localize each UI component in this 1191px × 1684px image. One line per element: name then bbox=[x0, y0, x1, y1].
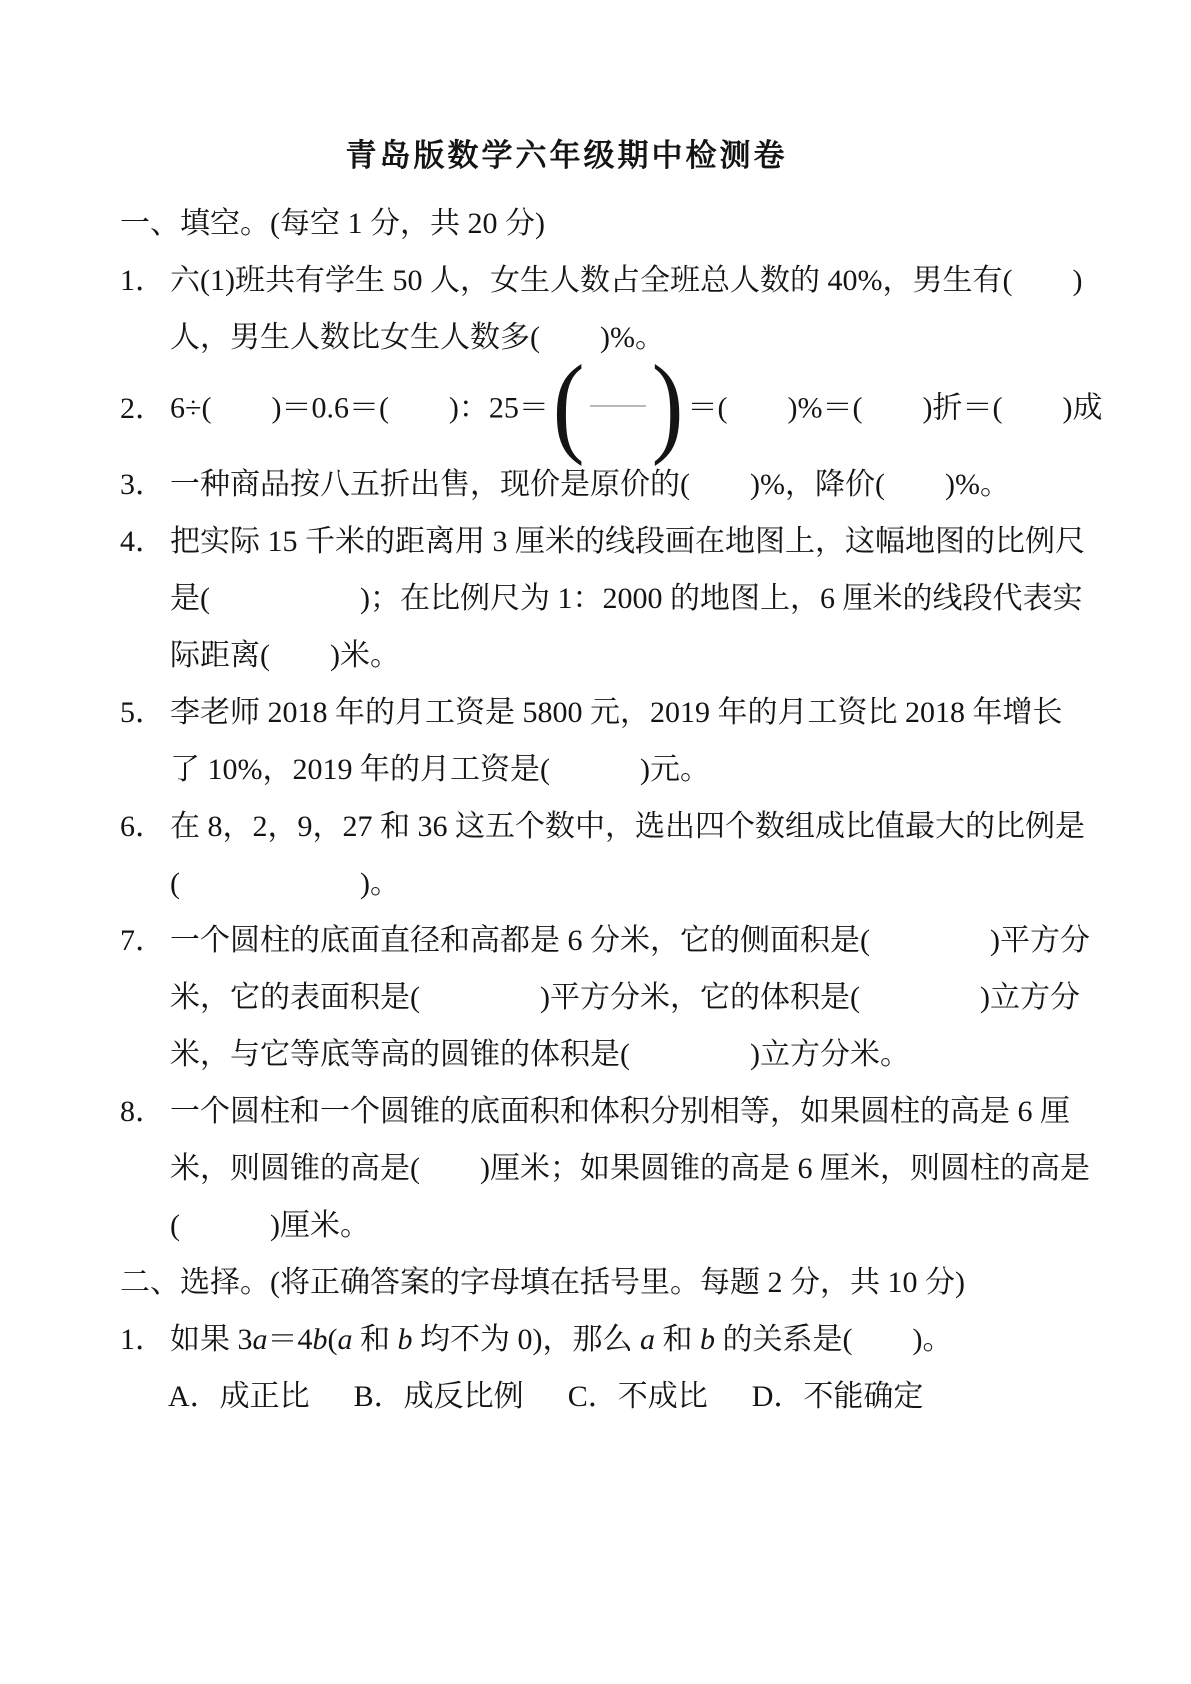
option-c: C．不成比 bbox=[568, 1368, 708, 1425]
option-b: B．成反比例 bbox=[354, 1368, 524, 1425]
fill-q6-line1: 6．在 8，2，9，27 和 36 这五个数中，选出四个数组成比值最大的比例是 bbox=[120, 798, 1073, 855]
fill-q4-line2: 是( )；在比例尺为 1：2000 的地图上，6 厘米的线段代表实 bbox=[120, 570, 1073, 627]
fill-q4-number: 4． bbox=[120, 513, 170, 570]
fill-q7-number: 7． bbox=[120, 912, 170, 969]
empty-fraction-blank: () bbox=[550, 361, 687, 451]
choice-q1-seg0: 如果 3 bbox=[170, 1323, 253, 1356]
fill-q2-text-after: ＝( )%＝( )折＝( )成 bbox=[688, 392, 1103, 425]
fill-q4-text2: 是( )；在比例尺为 1：2000 的地图上，6 厘米的线段代表实 bbox=[170, 582, 1082, 615]
fill-q5-line1: 5．李老师 2018 年的月工资是 5800 元，2019 年的月工资比 201… bbox=[120, 684, 1073, 741]
fill-q8-text3: ( )厘米。 bbox=[170, 1209, 370, 1242]
fill-q1-text1: 六(1)班共有学生 50 人，女生人数占全班总人数的 40%，男生有( ) bbox=[170, 264, 1082, 297]
fill-q5-number: 5． bbox=[120, 684, 170, 741]
variable-b: b bbox=[398, 1323, 413, 1356]
variable-b: b bbox=[313, 1323, 328, 1356]
fraction-left-paren: ( bbox=[553, 361, 585, 451]
fill-q7-text3: 米，与它等底等高的圆锥的体积是( )立方分米。 bbox=[170, 1038, 910, 1071]
fill-q2-line: 2．6÷( )＝0.6＝( )：25＝()＝( )%＝( )折＝( )成 bbox=[120, 366, 1073, 456]
fill-q4-line1: 4．把实际 15 千米的距离用 3 厘米的线段画在地图上，这幅地图的比例尺 bbox=[120, 513, 1073, 570]
choice-q1-options: A．成正比 B．成反比例 C．不成比 D．不能确定 bbox=[120, 1368, 1073, 1425]
fill-q3-number: 3． bbox=[120, 456, 170, 513]
fill-q8-number: 8． bbox=[120, 1083, 170, 1140]
fraction-bar bbox=[590, 405, 646, 407]
fill-q5-text2: 了 10%，2019 年的月工资是( )元。 bbox=[170, 753, 710, 786]
fill-q5-text1: 李老师 2018 年的月工资是 5800 元，2019 年的月工资比 2018 … bbox=[170, 696, 1063, 729]
fill-q8-line3: ( )厘米。 bbox=[120, 1197, 1073, 1254]
fill-q6-number: 6． bbox=[120, 798, 170, 855]
choice-q1-number: 1． bbox=[120, 1311, 170, 1368]
choice-q1-seg4: ( bbox=[328, 1323, 338, 1356]
fill-q5-line2: 了 10%，2019 年的月工资是( )元。 bbox=[120, 741, 1073, 798]
choice-q1-seg2: ＝4 bbox=[268, 1323, 313, 1356]
fill-q7-text1: 一个圆柱的底面直径和高都是 6 分米，它的侧面积是( )平方分 bbox=[170, 924, 1090, 957]
fill-q7-text2: 米，它的表面积是( )平方分米，它的体积是( )立方分 bbox=[170, 981, 1080, 1014]
fill-q1-text2: 人，男生人数比女生人数多( )%。 bbox=[170, 321, 665, 354]
fill-q1-line1: 1．六(1)班共有学生 50 人，女生人数占全班总人数的 40%，男生有( ) bbox=[120, 252, 1073, 309]
fill-q1-number: 1． bbox=[120, 252, 170, 309]
fill-q7-line1: 7．一个圆柱的底面直径和高都是 6 分米，它的侧面积是( )平方分 bbox=[120, 912, 1073, 969]
option-a: A．成正比 bbox=[168, 1368, 310, 1425]
fill-q4-text3: 际距离( )米。 bbox=[170, 639, 400, 672]
fill-q6-text1: 在 8，2，9，27 和 36 这五个数中，选出四个数组成比值最大的比例是 bbox=[170, 810, 1085, 843]
fill-q8-line1: 8．一个圆柱和一个圆锥的底面积和体积分别相等，如果圆柱的高是 6 厘 bbox=[120, 1083, 1073, 1140]
variable-a: a bbox=[640, 1323, 655, 1356]
section-choice-heading: 二、选择。(将正确答案的字母填在括号里。每题 2 分，共 10 分) bbox=[120, 1254, 1073, 1311]
variable-a: a bbox=[338, 1323, 353, 1356]
fill-q7-line2: 米，它的表面积是( )平方分米，它的体积是( )立方分 bbox=[120, 969, 1073, 1026]
fill-q2-number: 2． bbox=[120, 380, 170, 437]
fill-q3-text: 一种商品按八五折出售，现价是原价的( )%，降价( )%。 bbox=[170, 468, 1010, 501]
choice-q1-seg12: 的关系是( )。 bbox=[715, 1323, 952, 1356]
fill-q6-text2: ( )。 bbox=[170, 867, 400, 900]
choice-q1-seg8: 均不为 0)，那么 bbox=[413, 1323, 641, 1356]
section-fill-heading: 一、填空。(每空 1 分，共 20 分) bbox=[120, 195, 1073, 252]
fill-q1-line2: 人，男生人数比女生人数多( )%。 bbox=[120, 309, 1073, 366]
variable-a: a bbox=[253, 1323, 268, 1356]
fill-q8-text2: 米，则圆锥的高是( )厘米；如果圆锥的高是 6 厘米，则圆柱的高是 bbox=[170, 1152, 1090, 1185]
option-d: D．不能确定 bbox=[752, 1368, 924, 1425]
choice-q1-line: 1．如果 3a＝4b(a 和 b 均不为 0)，那么 a 和 b 的关系是( )… bbox=[120, 1311, 1073, 1368]
fill-q3-line: 3．一种商品按八五折出售，现价是原价的( )%，降价( )%。 bbox=[120, 456, 1073, 513]
fill-q2-text-before: 6÷( )＝0.6＝( )：25＝ bbox=[170, 392, 549, 425]
fill-q7-line3: 米，与它等底等高的圆锥的体积是( )立方分米。 bbox=[120, 1026, 1073, 1083]
choice-q1-seg6: 和 bbox=[353, 1323, 398, 1356]
page-title: 青岛版数学六年级期中检测卷 bbox=[120, 135, 1013, 177]
fill-q8-text1: 一个圆柱和一个圆锥的底面积和体积分别相等，如果圆柱的高是 6 厘 bbox=[170, 1095, 1070, 1128]
choice-q1-seg10: 和 bbox=[655, 1323, 700, 1356]
fill-q4-text1: 把实际 15 千米的距离用 3 厘米的线段画在地图上，这幅地图的比例尺 bbox=[170, 525, 1085, 558]
fill-q4-line3: 际距离( )米。 bbox=[120, 627, 1073, 684]
fill-q8-line2: 米，则圆锥的高是( )厘米；如果圆锥的高是 6 厘米，则圆柱的高是 bbox=[120, 1140, 1073, 1197]
exam-page: 青岛版数学六年级期中检测卷 一、填空。(每空 1 分，共 20 分) 1．六(1… bbox=[0, 0, 1191, 1425]
fill-q6-line2: ( )。 bbox=[120, 855, 1073, 912]
variable-b: b bbox=[700, 1323, 715, 1356]
fraction-right-paren: ) bbox=[652, 361, 684, 451]
